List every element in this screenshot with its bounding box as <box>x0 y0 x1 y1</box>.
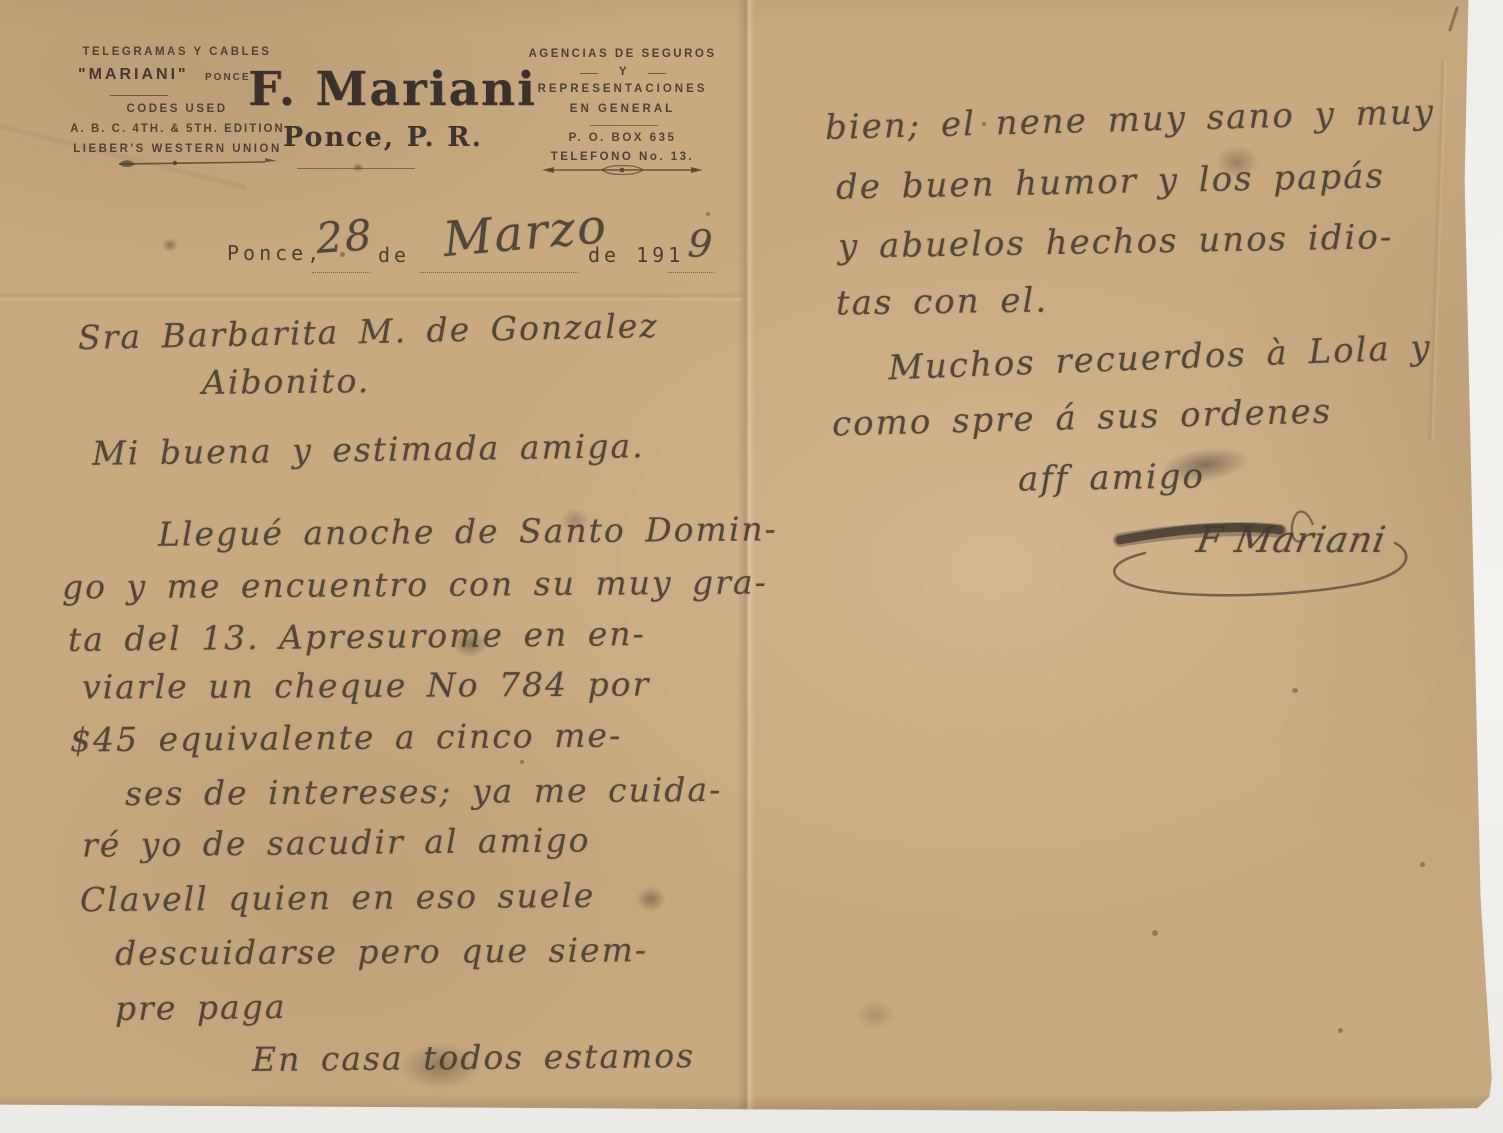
left-block-flourish-icon <box>115 156 285 170</box>
dateline-city: Ponce, <box>227 241 323 265</box>
right-block-rule <box>590 125 658 126</box>
left-block-rule <box>110 95 168 96</box>
day-blank-line <box>312 272 370 273</box>
telefono-line: TELEFONO No. 13. <box>525 151 720 163</box>
en-general-line: EN GENERAL <box>525 103 720 115</box>
hw-line: Sra Barbarita M. de Gonzalez <box>78 306 659 357</box>
speck <box>1420 862 1425 867</box>
hw-line: Clavell quien en eso suele <box>80 876 596 919</box>
ink-smudge-bottom <box>398 1042 483 1090</box>
company-name: F. Mariani <box>248 62 518 117</box>
signature-block: F Mariani <box>1075 495 1435 605</box>
handwritten-month: Marzo <box>441 198 610 268</box>
hw-line: Muchos recuerdos à Lola y <box>887 328 1432 389</box>
right-block-flourish-icon <box>540 163 705 177</box>
speck <box>982 122 986 126</box>
faint-stain <box>560 508 590 532</box>
year-blank-line <box>668 272 714 273</box>
horizontal-crease <box>0 292 742 302</box>
pobox-line: P. O. BOX 635 <box>525 132 720 144</box>
representaciones-line: REPRESENTACIONES <box>525 83 720 95</box>
month-blank-line <box>420 272 578 273</box>
hw-line: descuidarse pero que siem- <box>115 930 648 973</box>
brand-city-small: PONCE <box>205 72 251 83</box>
speck <box>1292 688 1298 693</box>
hw-line: como spre á sus ordenes <box>832 391 1333 444</box>
hw-line: tas con el. <box>836 281 1049 324</box>
hw-line: y abuelos hechos unos idio- <box>838 217 1394 267</box>
hw-line: pre paga <box>115 987 287 1028</box>
hw-line: ré yo de sacudir al amigo <box>82 820 591 864</box>
speck <box>340 252 345 257</box>
brand-quoted: "MARIANI" <box>78 66 189 84</box>
hw-line: $45 equivalente a cinco me- <box>70 716 622 760</box>
hw-line: Mi buena y estimada amiga. <box>92 426 645 473</box>
vertical-fold-crease <box>737 0 755 1110</box>
speck <box>520 760 524 764</box>
dateline-de1: de <box>378 243 410 267</box>
hw-line: de buen humor y los papás <box>836 156 1386 207</box>
hw-line: viarle un cheque No 784 por <box>82 665 651 707</box>
speck <box>1152 930 1158 936</box>
center-rule-blot <box>352 163 364 172</box>
telegrams-line: TELEGRAMAS Y CABLES <box>62 46 292 58</box>
y-conjunction: Y <box>610 66 638 78</box>
handwritten-year-digit: 9 <box>686 221 715 267</box>
dateline-de-year: de 191 <box>588 243 684 267</box>
spot-stain <box>1215 145 1259 179</box>
hw-line: Aibonito. <box>202 361 371 402</box>
y-dash-left <box>580 73 598 74</box>
y-dash-right <box>648 73 666 74</box>
letter-paper: TELEGRAMAS Y CABLES "MARIANI" PONCE CODE… <box>0 0 1503 1133</box>
faint-stain <box>855 1000 895 1030</box>
speck <box>298 958 303 963</box>
hw-line: go y me encuentro con su muy gra- <box>62 563 768 607</box>
pencil-tick-mark <box>1448 6 1459 32</box>
speck <box>1338 1028 1343 1033</box>
hw-line: Llegué anoche de Santo Domin- <box>158 509 778 553</box>
signature-name: F Mariani <box>1193 520 1389 561</box>
spot-stain <box>162 238 178 252</box>
company-city: Ponce, P. R. <box>248 122 518 153</box>
hw-line: ta del 13. Apresurome en en- <box>68 614 646 659</box>
spot-stain <box>636 886 666 912</box>
agencias-line: AGENCIAS DE SEGUROS <box>525 48 720 60</box>
hw-line: ses de intereses; ya me cuida- <box>125 770 723 813</box>
speck <box>706 212 710 216</box>
spot-stain <box>452 630 488 658</box>
hw-line: bien; el nene muy sano y muy <box>825 92 1436 148</box>
